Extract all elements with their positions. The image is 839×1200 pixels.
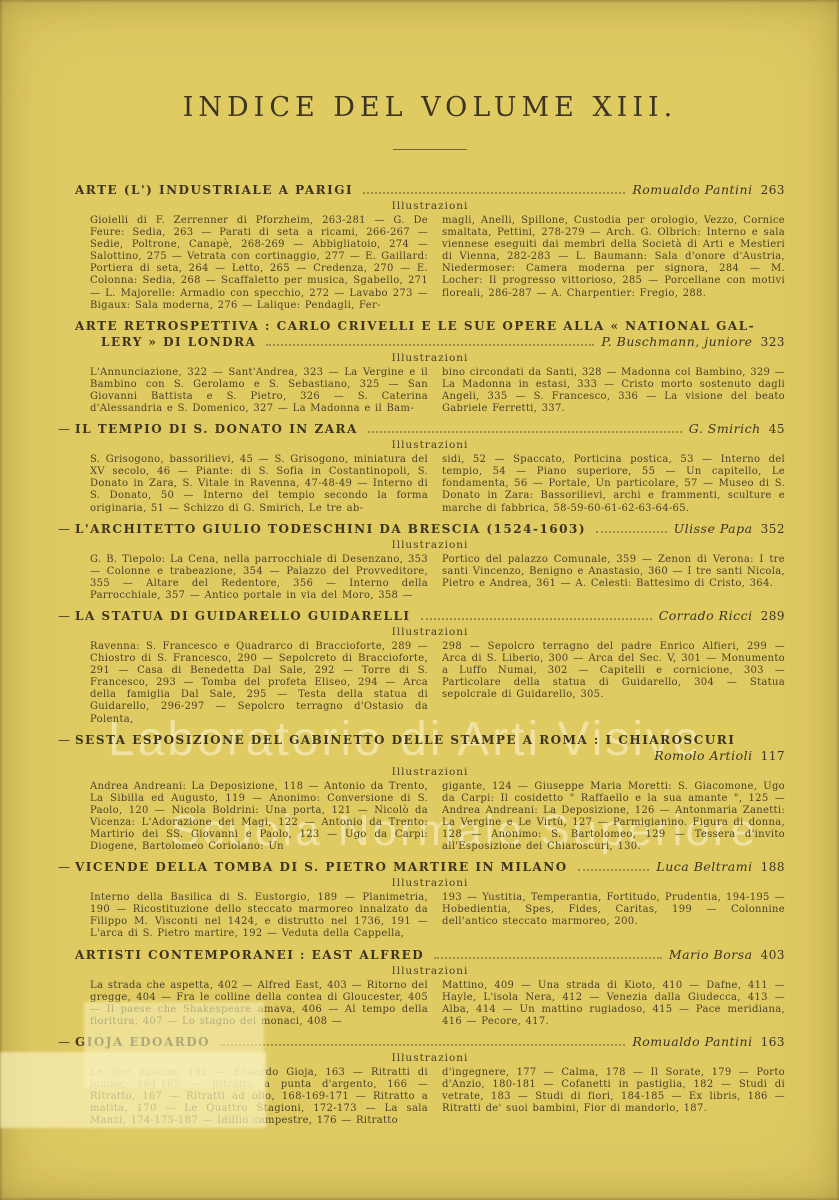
- entry-author: Romualdo Pantini: [632, 1034, 752, 1050]
- entry-dash: —: [58, 1034, 70, 1050]
- illustrations-columns: Interno della Basilica di S. Eustorgio, …: [75, 892, 785, 940]
- illustrations-column-left: Andrea Andreani: La Deposizione, 118 — A…: [90, 781, 428, 854]
- entry-page-number: 323: [761, 334, 785, 350]
- entry-title: LERY » DI LONDRA: [101, 334, 256, 350]
- illustrations-label: Illustrazioni: [75, 200, 785, 213]
- index-entry: —GIOJA EDOARDORomualdo Pantini163Illustr…: [75, 1034, 785, 1127]
- entry-heading-row: ARTISTI CONTEMPORANEI : EAST ALFREDMario…: [75, 947, 785, 963]
- entry-heading-row: LERY » DI LONDRAP. Buschmann, juniore323: [75, 334, 785, 350]
- entry-title: LA STATUA DI GUIDARELLO GUIDARELLI: [75, 608, 411, 624]
- entry-dash: —: [58, 521, 70, 537]
- entry-heading-row: ARTE (L') INDUSTRIALE A PARIGIRomualdo P…: [75, 182, 785, 198]
- entry-author: G. Smirich: [689, 421, 761, 437]
- entry-heading-row: ARTE RETROSPETTIVA : CARLO CRIVELLI E LE…: [75, 318, 785, 334]
- illustrations-column-left: S. Grisogono, bassorilievi, 45 — S. Gris…: [90, 454, 428, 514]
- entry-heading-row: —GIOJA EDOARDORomualdo Pantini163: [75, 1034, 785, 1050]
- illustrations-column-left: L'Annunciazione, 322 — Sant'Andrea, 323 …: [90, 367, 428, 415]
- illustrations-columns: La strada che aspetta, 402 — Alfred East…: [75, 980, 785, 1028]
- entry-heading-row: —IL TEMPIO DI S. DONATO IN ZARAG. Smiric…: [75, 421, 785, 437]
- index-entry: —VICENDE DELLA TOMBA DI S. PIETRO MARTIR…: [75, 859, 785, 940]
- entry-dash: —: [58, 732, 70, 748]
- dotted-leader: [596, 522, 667, 532]
- entry-author: Luca Beltrami: [656, 859, 752, 875]
- illustrations-columns: S. Grisogono, bassorilievi, 45 — S. Gris…: [75, 454, 785, 514]
- entry-heading-row: —LA STATUA DI GUIDARELLO GUIDARELLICorra…: [75, 608, 785, 624]
- dotted-leader: [266, 335, 594, 345]
- illustrations-column-right: 298 — Sepolcro terragno del padre Enrico…: [442, 641, 785, 726]
- illustrations-columns: Andrea Andreani: La Deposizione, 118 — A…: [75, 781, 785, 854]
- entry-dash: —: [58, 608, 70, 624]
- illustrations-column-left: Ravenna: S. Francesco e Quadrarco di Bra…: [90, 641, 428, 726]
- illustrations-label: Illustrazioni: [75, 439, 785, 452]
- illustrations-columns: Gioielli di F. Zerrenner di Pforzheim, 2…: [75, 215, 785, 312]
- entry-title: IL TEMPIO DI S. DONATO IN ZARA: [75, 421, 358, 437]
- entry-title: ARTISTI CONTEMPORANEI : EAST ALFRED: [75, 947, 424, 963]
- entry-page-number: 289: [761, 608, 785, 624]
- dotted-leader: [363, 184, 625, 194]
- illustrations-column-right: gigante, 124 — Giuseppe Maria Moretti: S…: [442, 781, 785, 854]
- dotted-leader: [434, 948, 662, 958]
- illustrations-label: Illustrazioni: [75, 1052, 785, 1065]
- illustrations-column-left: Gioielli di F. Zerrenner di Pforzheim, 2…: [90, 215, 428, 312]
- dotted-leader: [368, 423, 682, 433]
- entry-title: ARTE RETROSPETTIVA : CARLO CRIVELLI E LE…: [75, 318, 755, 334]
- entry-heading-row: —VICENDE DELLA TOMBA DI S. PIETRO MARTIR…: [75, 859, 785, 875]
- scanned-index-page: Laboratorio di Arti Visive Scuola Normal…: [0, 0, 839, 1200]
- index-entry: —IL TEMPIO DI S. DONATO IN ZARAG. Smiric…: [75, 421, 785, 514]
- illustrations-column-right: Mattino, 409 — Una strada di Kioto, 410 …: [442, 980, 785, 1028]
- illustrations-column-right: bino circondati da Santi, 328 — Madonna …: [442, 367, 785, 415]
- index-entry: ARTISTI CONTEMPORANEI : EAST ALFREDMario…: [75, 947, 785, 1028]
- entry-heading-row: Romolo Artioli117: [75, 748, 785, 764]
- illustrations-column-right: d'ingegnere, 177 — Calma, 178 — Il Sorat…: [442, 1067, 785, 1127]
- entry-page-number: 403: [761, 947, 785, 963]
- illustrations-column-left: La strada che aspetta, 402 — Alfred East…: [90, 980, 428, 1028]
- illustrations-label: Illustrazioni: [75, 766, 785, 779]
- dotted-leader: [220, 1036, 625, 1046]
- entry-title: ARTE (L') INDUSTRIALE A PARIGI: [75, 182, 353, 198]
- page-content: INDICE DEL VOLUME XIII. ARTE (L') INDUST…: [0, 0, 839, 1127]
- index-entry: —LA STATUA DI GUIDARELLO GUIDARELLICorra…: [75, 608, 785, 726]
- entry-page-number: 117: [761, 748, 785, 764]
- illustrations-label: Illustrazioni: [75, 352, 785, 365]
- entry-author: Corrado Ricci: [659, 608, 753, 624]
- index-entry: —L'ARCHITETTO GIULIO TODESCHINI DA BRESC…: [75, 521, 785, 602]
- illustrations-columns: G. B. Tiepolo: La Cena, nella parrocchia…: [75, 554, 785, 602]
- entry-author: Mario Borsa: [669, 947, 753, 963]
- entry-page-number: 163: [761, 1034, 785, 1050]
- entry-dash: —: [58, 421, 70, 437]
- entry-title: GIOJA EDOARDO: [75, 1034, 210, 1050]
- entry-author: Romualdo Pantini: [632, 182, 752, 198]
- entry-heading-row: —L'ARCHITETTO GIULIO TODESCHINI DA BRESC…: [75, 521, 785, 537]
- entry-author: Romolo Artioli: [654, 748, 752, 764]
- dotted-leader: [421, 610, 652, 620]
- illustrations-label: Illustrazioni: [75, 877, 785, 890]
- entry-page-number: 45: [769, 421, 785, 437]
- entry-page-number: 188: [761, 859, 785, 875]
- index-entry: —SESTA ESPOSIZIONE DEL GABINETTO DELLE S…: [75, 732, 785, 854]
- illustrations-column-right: magli, Anelli, Spillone, Custodia per or…: [442, 215, 785, 312]
- illustrations-column-left: Le due amiche, 162 — Edoardo Gioja, 163 …: [90, 1067, 428, 1127]
- index-entries: ARTE (L') INDUSTRIALE A PARIGIRomualdo P…: [75, 182, 785, 1127]
- illustrations-column-right: Portico del palazzo Comunale, 359 — Zeno…: [442, 554, 785, 602]
- illustrations-label: Illustrazioni: [75, 965, 785, 978]
- entry-heading-row: —SESTA ESPOSIZIONE DEL GABINETTO DELLE S…: [75, 732, 785, 748]
- page-title: INDICE DEL VOLUME XIII.: [75, 92, 785, 123]
- illustrations-label: Illustrazioni: [75, 626, 785, 639]
- illustrations-label: Illustrazioni: [75, 539, 785, 552]
- entry-dash: —: [58, 859, 70, 875]
- index-entry: ARTE (L') INDUSTRIALE A PARIGIRomualdo P…: [75, 182, 785, 312]
- index-entry: ARTE RETROSPETTIVA : CARLO CRIVELLI E LE…: [75, 318, 785, 415]
- entry-page-number: 263: [761, 182, 785, 198]
- entry-title: SESTA ESPOSIZIONE DEL GABINETTO DELLE ST…: [75, 732, 735, 748]
- entry-title: L'ARCHITETTO GIULIO TODESCHINI DA BRESCI…: [75, 521, 586, 537]
- illustrations-columns: Ravenna: S. Francesco e Quadrarco di Bra…: [75, 641, 785, 726]
- illustrations-columns: L'Annunciazione, 322 — Sant'Andrea, 323 …: [75, 367, 785, 415]
- entry-author: P. Buschmann, juniore: [601, 334, 752, 350]
- entry-title: VICENDE DELLA TOMBA DI S. PIETRO MARTIRE…: [75, 859, 568, 875]
- illustrations-column-left: Interno della Basilica di S. Eustorgio, …: [90, 892, 428, 940]
- dotted-leader: [578, 861, 650, 871]
- illustrations-column-left: G. B. Tiepolo: La Cena, nella parrocchia…: [90, 554, 428, 602]
- entry-author: Ulisse Papa: [674, 521, 753, 537]
- illustrations-column-right: 193 — Yustitia, Temperantia, Fortitudo, …: [442, 892, 785, 940]
- illustrations-column-right: sidi, 52 — Spaccato, Porticina postica, …: [442, 454, 785, 514]
- title-divider-rule: [393, 149, 467, 150]
- illustrations-columns: Le due amiche, 162 — Edoardo Gioja, 163 …: [75, 1067, 785, 1127]
- entry-page-number: 352: [761, 521, 785, 537]
